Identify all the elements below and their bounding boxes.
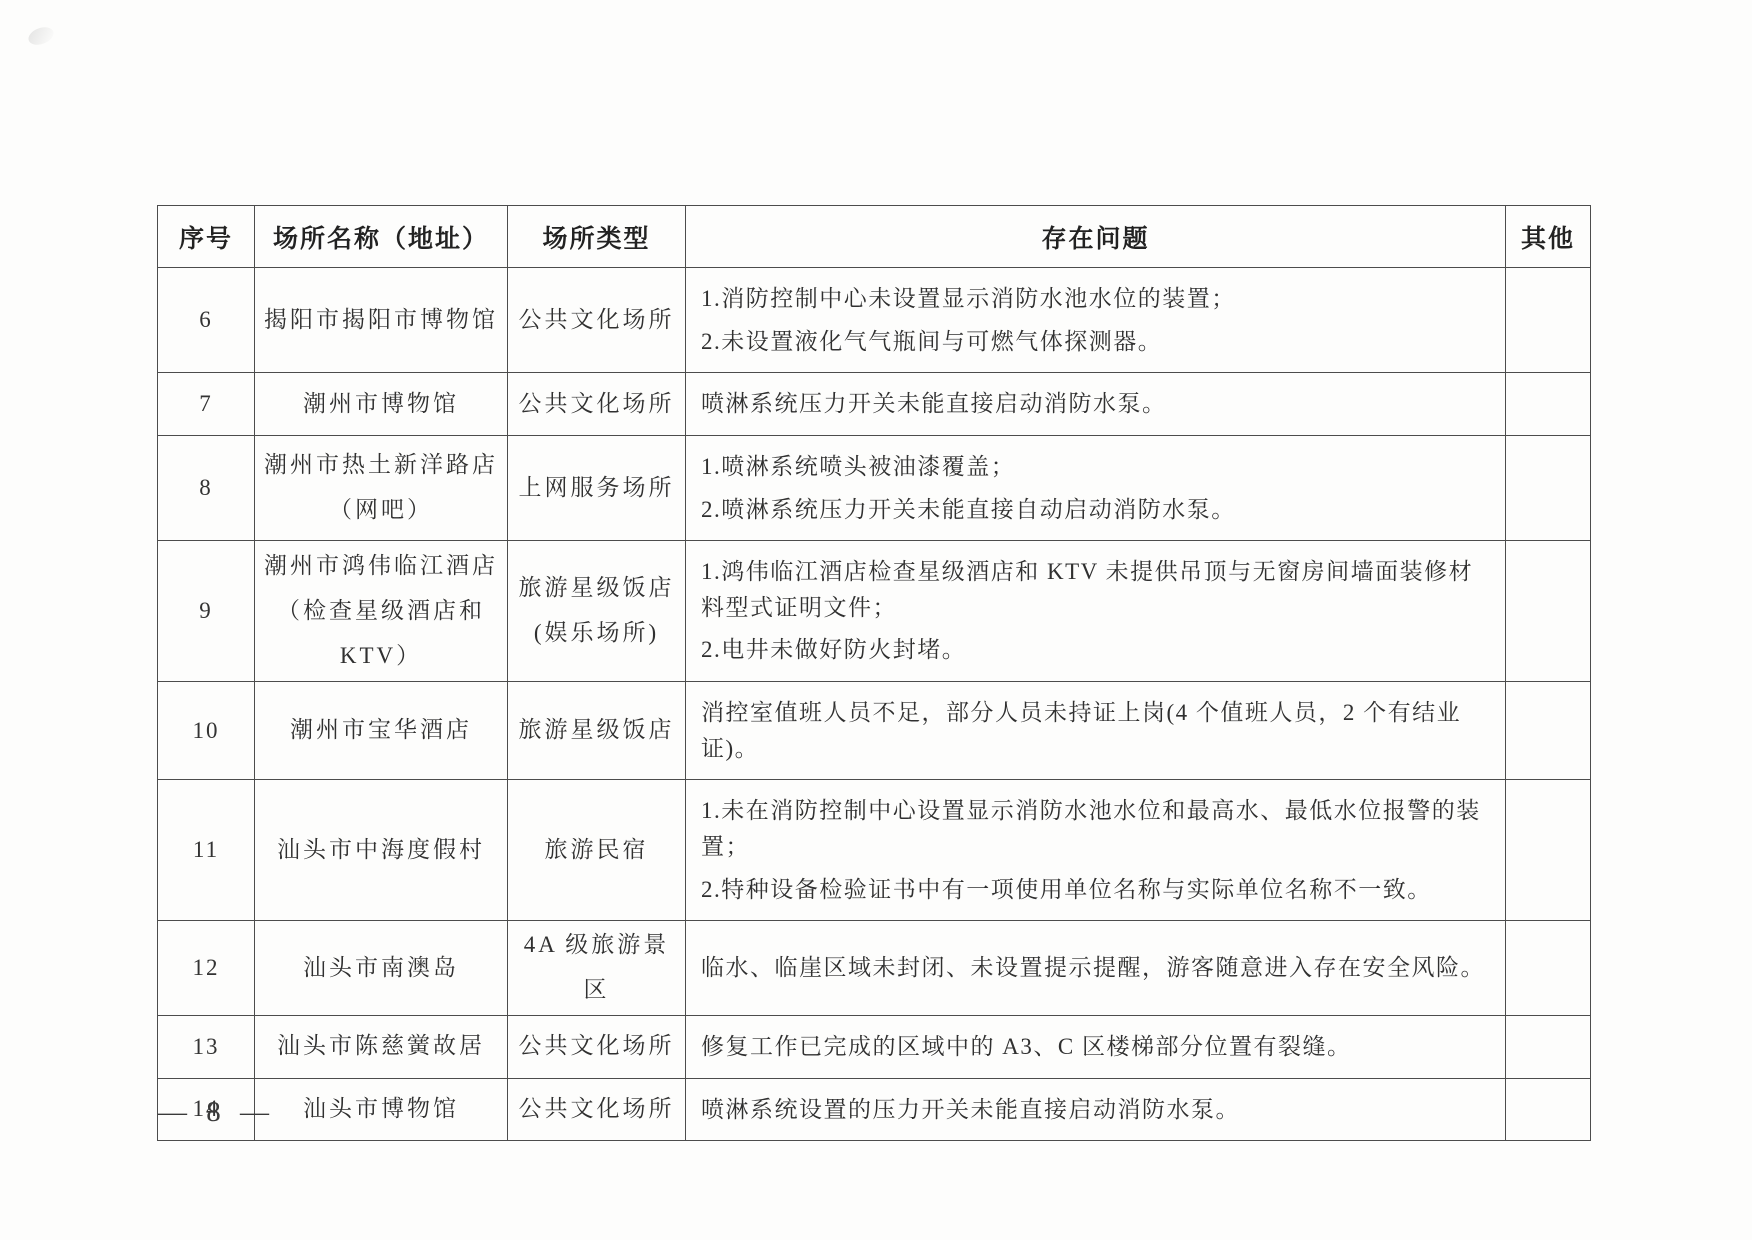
page-number: — 8 — (158, 1096, 275, 1129)
cell-problems: 1.未在消防控制中心设置显示消防水池水位和最高水、最低水位报警的装置；2.特种设… (686, 780, 1506, 921)
cell-other (1506, 541, 1591, 682)
col-header-problems: 存在问题 (686, 206, 1506, 268)
problem-line: 2.未设置液化气气瓶间与可燃气体探测器。 (701, 324, 1495, 360)
col-header-place-type: 场所类型 (508, 206, 686, 268)
problem-line: 1.未在消防控制中心设置显示消防水池水位和最高水、最低水位报警的装置； (701, 793, 1495, 864)
cell-place-name: 潮州市博物馆 (255, 373, 508, 436)
col-header-place-name: 场所名称（地址） (255, 206, 508, 268)
cell-place-name: 汕头市博物馆 (255, 1078, 508, 1141)
cell-place-type: 公共文化场所 (508, 1016, 686, 1079)
cell-problems: 1.消防控制中心未设置显示消防水池水位的装置；2.未设置液化气气瓶间与可燃气体探… (686, 268, 1506, 373)
table-row: 10 潮州市宝华酒店 旅游星级饭店 消控室值班人员不足，部分人员未持证上岗(4 … (158, 682, 1591, 780)
cell-other (1506, 435, 1591, 540)
cell-place-type: 公共文化场所 (508, 1078, 686, 1141)
cell-serial: 13 (158, 1016, 255, 1079)
inspection-issues-table: 序号 场所名称（地址） 场所类型 存在问题 其他 6 揭阳市揭阳市博物馆 公共文… (157, 205, 1591, 1141)
cell-problems: 临水、临崖区域未封闭、未设置提示提醒，游客随意进入存在安全风险。 (686, 921, 1506, 1016)
cell-other (1506, 1078, 1591, 1141)
cell-other (1506, 373, 1591, 436)
table-row: 6 揭阳市揭阳市博物馆 公共文化场所 1.消防控制中心未设置显示消防水池水位的装… (158, 268, 1591, 373)
table-row: 9 潮州市鸿伟临江酒店 （检查星级酒店和 KTV） 旅游星级饭店 (娱乐场所) … (158, 541, 1591, 682)
cell-place-type: 4A 级旅游景区 (508, 921, 686, 1016)
cell-problems: 消控室值班人员不足，部分人员未持证上岗(4 个值班人员，2 个有结业证)。 (686, 682, 1506, 780)
problem-line: 喷淋系统设置的压力开关未能直接启动消防水泵。 (701, 1092, 1495, 1128)
problem-line: 喷淋系统压力开关未能直接启动消防水泵。 (701, 386, 1495, 422)
cell-place-type: 公共文化场所 (508, 268, 686, 373)
cell-place-name: 潮州市宝华酒店 (255, 682, 508, 780)
document-page: 序号 场所名称（地址） 场所类型 存在问题 其他 6 揭阳市揭阳市博物馆 公共文… (0, 0, 1752, 1240)
col-header-other: 其他 (1506, 206, 1591, 268)
cell-problems: 喷淋系统设置的压力开关未能直接启动消防水泵。 (686, 1078, 1506, 1141)
cell-place-type: 旅游民宿 (508, 780, 686, 921)
cell-other (1506, 268, 1591, 373)
cell-place-type: 旅游星级饭店 (娱乐场所) (508, 541, 686, 682)
cell-serial: 8 (158, 435, 255, 540)
table-row: 14 汕头市博物馆 公共文化场所 喷淋系统设置的压力开关未能直接启动消防水泵。 (158, 1078, 1591, 1141)
problem-line: 1.喷淋系统喷头被油漆覆盖； (701, 449, 1495, 485)
cell-serial: 11 (158, 780, 255, 921)
cell-other (1506, 1016, 1591, 1079)
cell-place-name: 揭阳市揭阳市博物馆 (255, 268, 508, 373)
cell-serial: 10 (158, 682, 255, 780)
table-row: 7 潮州市博物馆 公共文化场所 喷淋系统压力开关未能直接启动消防水泵。 (158, 373, 1591, 436)
cell-place-type: 上网服务场所 (508, 435, 686, 540)
col-header-serial: 序号 (158, 206, 255, 268)
cell-place-name: 汕头市陈慈黉故居 (255, 1016, 508, 1079)
cell-serial: 9 (158, 541, 255, 682)
cell-other (1506, 921, 1591, 1016)
cell-problems: 1.喷淋系统喷头被油漆覆盖；2.喷淋系统压力开关未能直接自动启动消防水泵。 (686, 435, 1506, 540)
problem-line: 消控室值班人员不足，部分人员未持证上岗(4 个值班人员，2 个有结业证)。 (701, 695, 1495, 766)
cell-place-type: 旅游星级饭店 (508, 682, 686, 780)
problem-line: 1.鸿伟临江酒店检查星级酒店和 KTV 未提供吊顶与无窗房间墙面装修材料型式证明… (701, 554, 1495, 625)
cell-place-name: 潮州市鸿伟临江酒店 （检查星级酒店和 KTV） (255, 541, 508, 682)
table-row: 11 汕头市中海度假村 旅游民宿 1.未在消防控制中心设置显示消防水池水位和最高… (158, 780, 1591, 921)
cell-serial: 12 (158, 921, 255, 1016)
cell-other (1506, 780, 1591, 921)
problem-line: 2.电井未做好防火封堵。 (701, 632, 1495, 668)
cell-place-type: 公共文化场所 (508, 373, 686, 436)
table-row: 8 潮州市热土新洋路店 （网吧） 上网服务场所 1.喷淋系统喷头被油漆覆盖；2.… (158, 435, 1591, 540)
cell-problems: 喷淋系统压力开关未能直接启动消防水泵。 (686, 373, 1506, 436)
problem-line: 临水、临崖区域未封闭、未设置提示提醒，游客随意进入存在安全风险。 (701, 950, 1495, 986)
cell-place-name: 汕头市中海度假村 (255, 780, 508, 921)
cell-serial: 7 (158, 373, 255, 436)
problem-line: 2.喷淋系统压力开关未能直接自动启动消防水泵。 (701, 492, 1495, 528)
cell-place-name: 汕头市南澳岛 (255, 921, 508, 1016)
table-row: 13 汕头市陈慈黉故居 公共文化场所 修复工作已完成的区域中的 A3、C 区楼梯… (158, 1016, 1591, 1079)
problem-line: 修复工作已完成的区域中的 A3、C 区楼梯部分位置有裂缝。 (701, 1029, 1495, 1065)
cell-problems: 1.鸿伟临江酒店检查星级酒店和 KTV 未提供吊顶与无窗房间墙面装修材料型式证明… (686, 541, 1506, 682)
scan-smudge (26, 24, 56, 48)
table-header-row: 序号 场所名称（地址） 场所类型 存在问题 其他 (158, 206, 1591, 268)
cell-serial: 6 (158, 268, 255, 373)
cell-other (1506, 682, 1591, 780)
problem-line: 1.消防控制中心未设置显示消防水池水位的装置； (701, 281, 1495, 317)
cell-place-name: 潮州市热土新洋路店 （网吧） (255, 435, 508, 540)
problem-line: 2.特种设备检验证书中有一项使用单位名称与实际单位名称不一致。 (701, 872, 1495, 908)
cell-problems: 修复工作已完成的区域中的 A3、C 区楼梯部分位置有裂缝。 (686, 1016, 1506, 1079)
table-row: 12 汕头市南澳岛 4A 级旅游景区 临水、临崖区域未封闭、未设置提示提醒，游客… (158, 921, 1591, 1016)
